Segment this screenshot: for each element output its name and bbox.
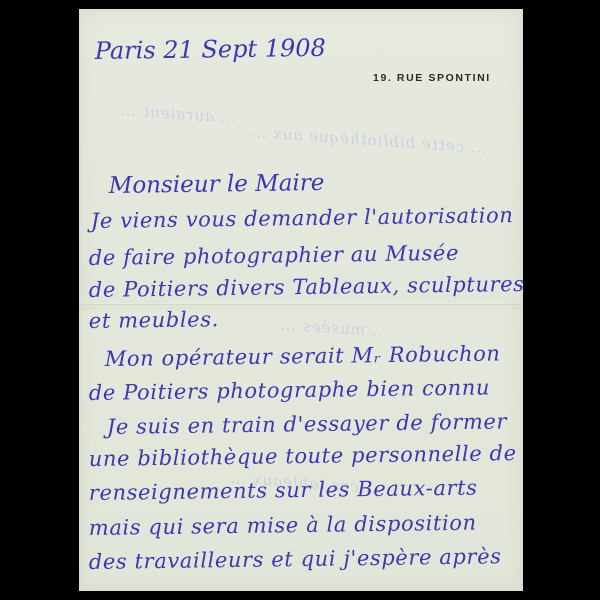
- letter-page: ... auraient ... ... cette bibliothèque …: [79, 9, 523, 591]
- bleed-through-text: ... auraient ...: [119, 101, 238, 127]
- body-line: Mon opérateur serait Mᵣ Robuchon: [105, 341, 501, 371]
- dateline: Paris 21 Sept 1908: [95, 34, 326, 65]
- body-line: une bibliothèque toute personnelle de: [89, 441, 517, 471]
- salutation: Monsieur le Maire: [109, 170, 325, 199]
- body-line: renseignements sur les Beaux-arts: [89, 476, 478, 505]
- body-line: et meubles.: [89, 307, 219, 333]
- body-line: des travailleurs et qui j'espère après: [89, 544, 502, 574]
- body-line: de faire photographier au Musée: [89, 241, 460, 270]
- bleed-through-text: ... cette bibliothèque aux ...: [249, 123, 488, 158]
- body-line: mais qui sera mise à la disposition: [89, 511, 477, 540]
- body-line: Je suis en train d'essayer de former: [107, 409, 508, 439]
- letterhead-address: 19. RUE SPONTINI: [373, 72, 491, 84]
- body-line: de Poitiers photographe bien connu: [89, 375, 490, 405]
- body-line: de Poitiers divers Tableaux, sculptures: [89, 272, 523, 302]
- fold-crease: [79, 303, 523, 305]
- bleed-through-text: ... musées ...: [279, 315, 389, 341]
- body-line: Je viens vous demander l'autorisation: [91, 203, 514, 233]
